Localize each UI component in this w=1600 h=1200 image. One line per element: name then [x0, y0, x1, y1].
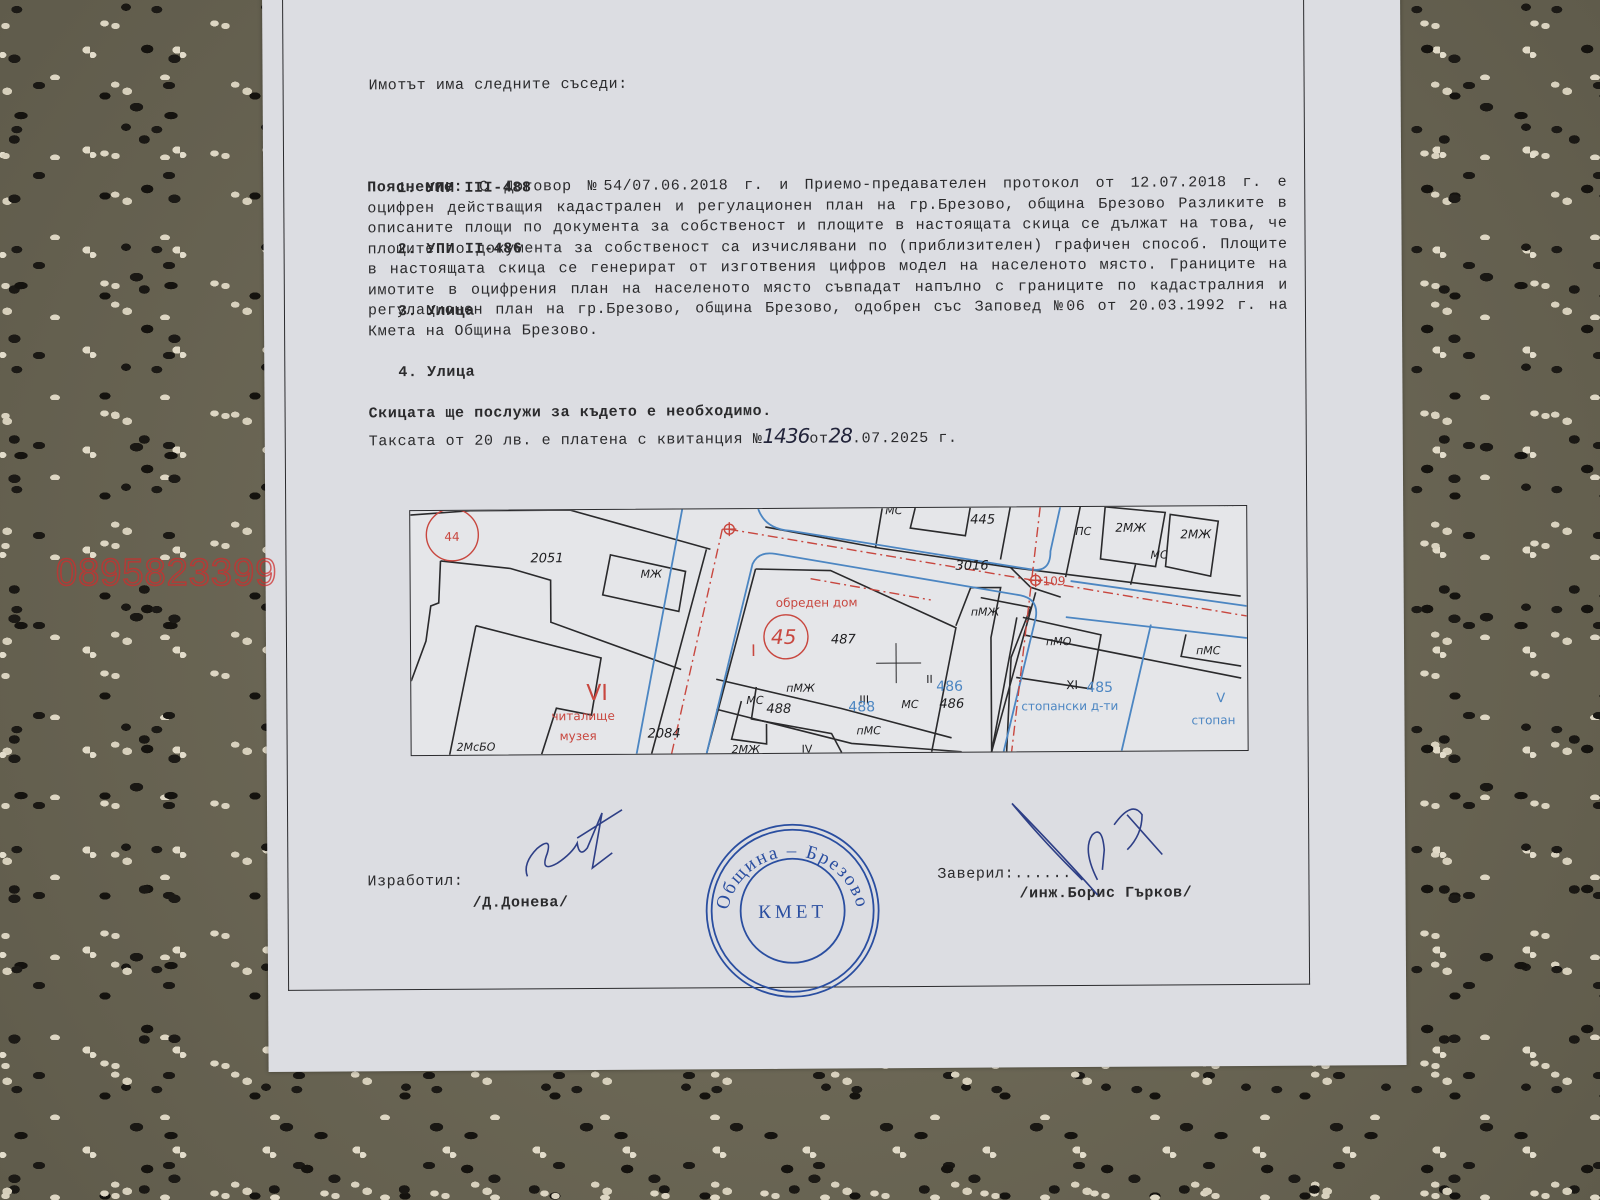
- receipt-number: 1436: [762, 424, 809, 448]
- fee-middle: от: [809, 431, 828, 448]
- svg-text:МЖ: МЖ: [641, 568, 664, 581]
- prepared-by-name: /Д.Донева/: [473, 894, 569, 912]
- signature-garkov: [1002, 794, 1173, 905]
- lot-vi-label: VI: [586, 681, 608, 706]
- map-label-445: 445: [970, 513, 995, 528]
- svg-text:109: 109: [1043, 574, 1066, 588]
- explanation-label: Пояснение:: [367, 179, 463, 197]
- map-label-2051: 2051: [530, 551, 563, 566]
- map-label-488: 488: [766, 702, 791, 717]
- neighbors-heading: Имотът има следните съседи:: [369, 75, 628, 97]
- svg-text:2МЖ: 2МЖ: [1115, 521, 1147, 535]
- map-label-486: 486: [939, 697, 964, 712]
- svg-text:пМЖ: пМЖ: [786, 682, 816, 695]
- ritual-home-label: обреден дом: [776, 595, 858, 609]
- receipt-day: 28: [828, 423, 852, 447]
- map-label-3016: 3016: [955, 559, 988, 574]
- svg-text:МС: МС: [746, 694, 764, 707]
- map-label-2084: 2084: [648, 726, 681, 741]
- svg-text:пМО: пМО: [1046, 635, 1072, 648]
- chitalishte-label: читалище: [551, 709, 614, 723]
- svg-text:I: I: [751, 641, 756, 660]
- svg-text:МС: МС: [1150, 548, 1168, 561]
- purpose-statement: Скицата ще послужи за където е необходим…: [369, 403, 772, 422]
- blue-485: 485: [1086, 680, 1113, 696]
- svg-text:XI: XI: [1066, 678, 1078, 692]
- blue-488: 488: [848, 699, 875, 715]
- upi-45-label: 45: [771, 625, 797, 649]
- svg-text:МС: МС: [901, 698, 919, 711]
- fee-prefix: Таксата от 20 лв. е платена с квитанция …: [369, 431, 763, 450]
- svg-text:МС: МС: [885, 506, 903, 517]
- svg-text:стопан: стопан: [1191, 713, 1235, 727]
- signature-doneva: [517, 808, 627, 884]
- svg-text:стопански д-ти: стопански д-ти: [1021, 699, 1118, 714]
- official-stamp: Община – Брезово КМЕТ: [703, 821, 882, 1000]
- svg-text:V: V: [1216, 691, 1225, 706]
- neighbor-item: 4. Улица: [398, 362, 629, 384]
- explanation-paragraph: Пояснение: С Договор №54/07.06.2018 г. и…: [367, 173, 1288, 343]
- fee-suffix: .07.2025 г.: [852, 430, 958, 448]
- prepared-by-label: Изработил:: [367, 873, 463, 891]
- explanation-text: С Договор №54/07.06.2018 г. и Приемо-пре…: [367, 174, 1288, 340]
- svg-text:ПС: ПС: [1075, 525, 1091, 538]
- svg-text:пМС: пМС: [856, 724, 881, 737]
- upi-44-label: 44: [444, 530, 459, 544]
- svg-text:IV: IV: [802, 743, 813, 755]
- blue-486: 486: [936, 679, 963, 695]
- svg-text:XIV: XIV: [1218, 506, 1237, 509]
- document-page: Имотът има следните съседи: 1. УПИ III-4…: [262, 0, 1407, 1072]
- fee-statement: Таксата от 20 лв. е платена с квитанция …: [369, 423, 958, 451]
- svg-text:2МЖ: 2МЖ: [732, 743, 762, 755]
- museum-label: музея: [560, 729, 597, 743]
- cadastral-map: 2051 2084 487 488 486 445 3016 МЖ пМЖ пМ…: [409, 505, 1248, 756]
- stamp-center-text: КМЕТ: [758, 902, 827, 923]
- map-label-487: 487: [831, 632, 857, 647]
- svg-text:2МсБО: 2МсБО: [457, 741, 496, 754]
- svg-text:2МЖ: 2МЖ: [1180, 527, 1212, 541]
- svg-text:пМС: пМС: [1196, 644, 1221, 657]
- svg-text:пМЖ: пМЖ: [971, 606, 1001, 619]
- phone-watermark: 0895823399: [56, 552, 277, 595]
- svg-text:II: II: [926, 673, 933, 686]
